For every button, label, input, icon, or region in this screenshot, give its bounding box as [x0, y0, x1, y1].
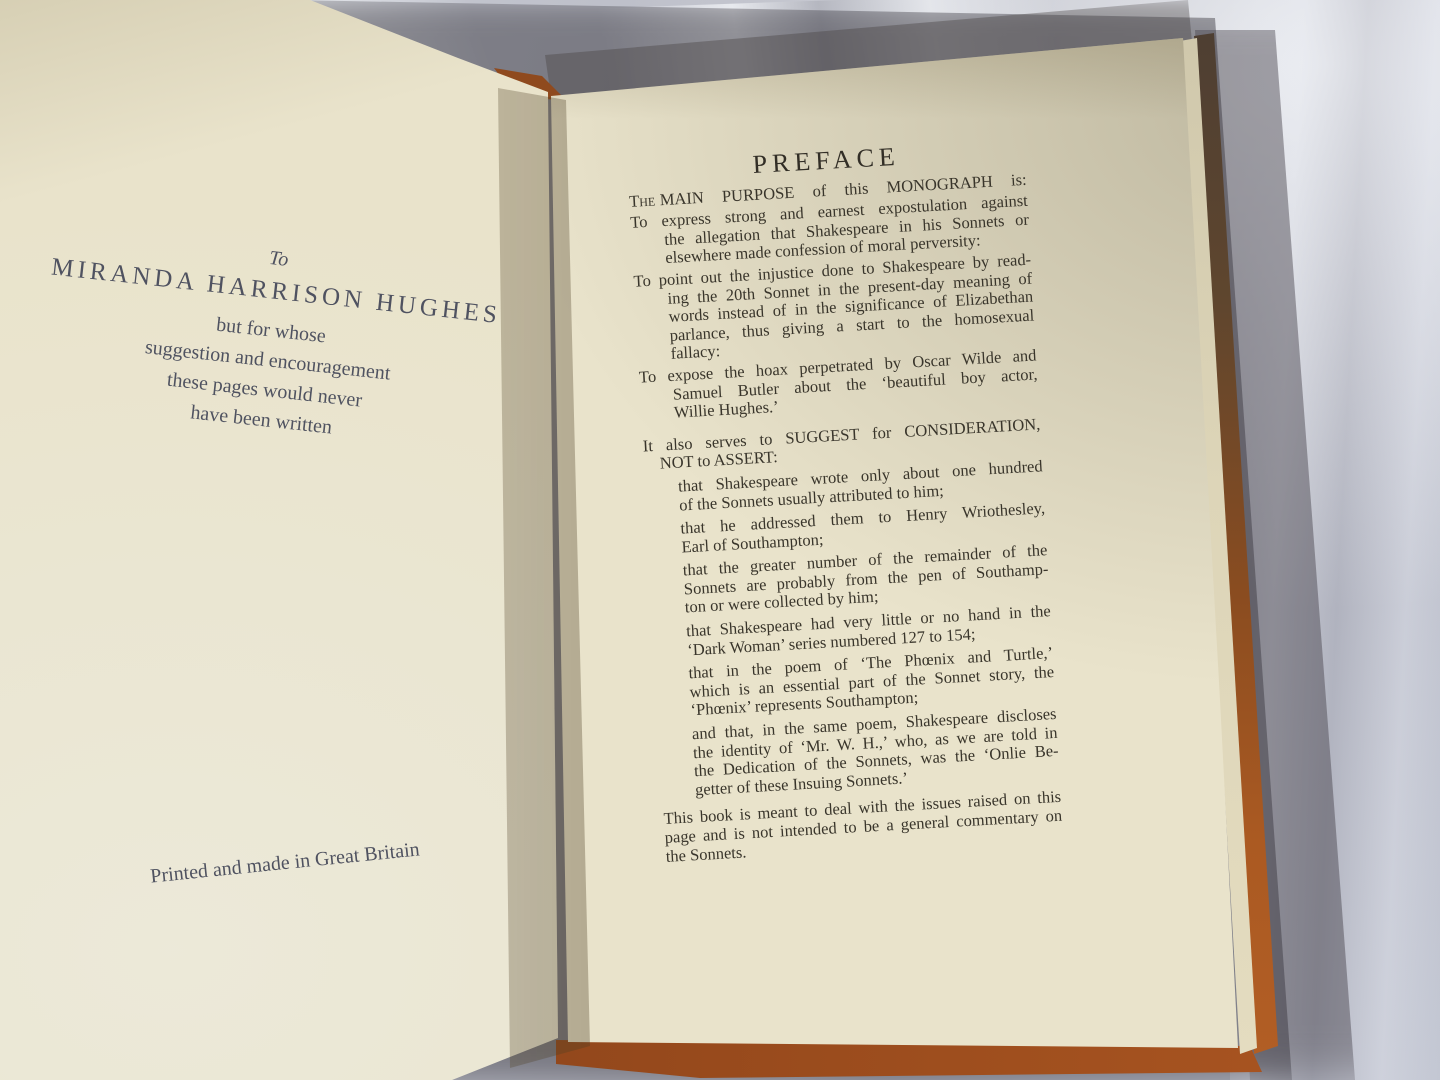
- intro-lead-word: The: [629, 190, 656, 210]
- preface-text: PREFACE TheMAIN PURPOSE of this MONOGRAP…: [627, 141, 1064, 866]
- open-book-photo: To MIRANDA HARRISON HUGHES but for whose…: [0, 0, 1440, 1080]
- suggestion-item: and that, in the same poem, Shakespeare …: [691, 705, 1060, 800]
